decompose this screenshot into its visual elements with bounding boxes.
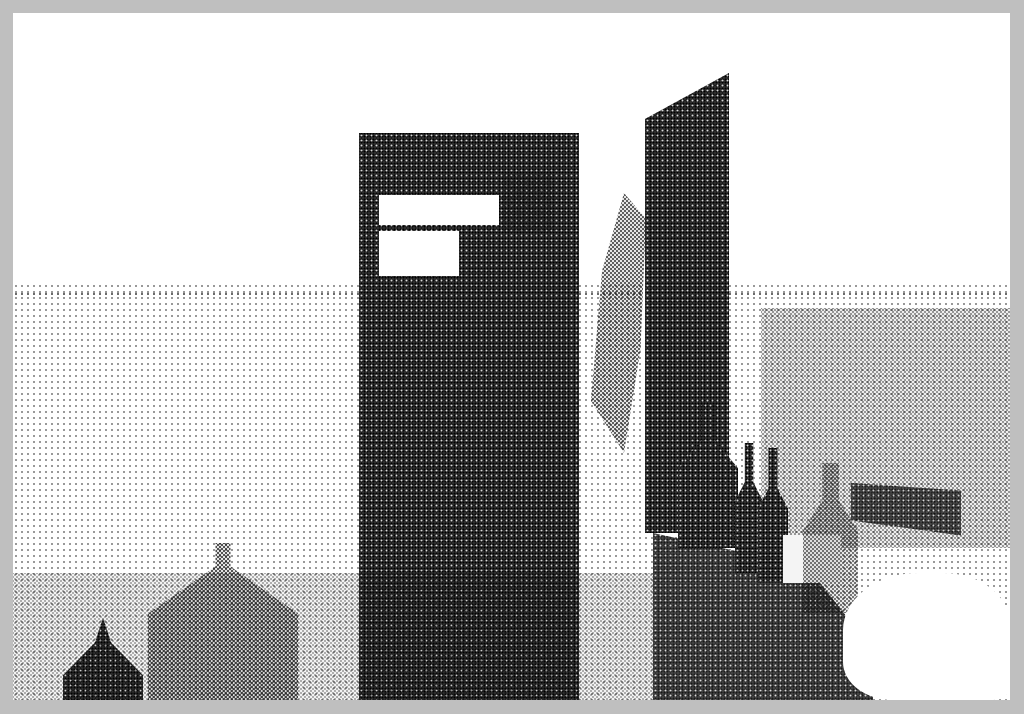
door-window-right [503,173,553,233]
white-flowers [843,573,1010,700]
foreground-haze [13,573,653,700]
door-window-upper [379,195,499,225]
dithered-photograph [13,13,1010,700]
door-window-lower [379,231,459,276]
